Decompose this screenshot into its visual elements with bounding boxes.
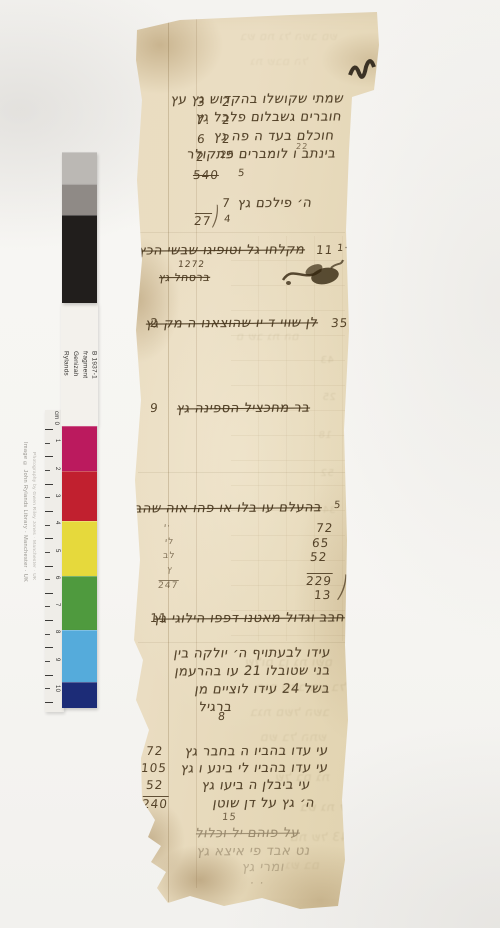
manuscript-numeral: 5: [237, 168, 246, 179]
shelfmark-text: Rylands Genizah fragment B 1937-1: [61, 351, 99, 379]
ruler-tick: [45, 661, 50, 662]
manuscript-line: מקלחו גל וטופיגו שבשי הכץ: [138, 242, 306, 258]
ruler-number: 6: [54, 576, 60, 580]
manuscript-line: חוכלם בעד ה פה גץ: [213, 129, 336, 145]
bleedthrough-text: 18: [317, 430, 332, 441]
manuscript-numeral: 2: [149, 316, 159, 330]
ruler-tick: [45, 606, 50, 607]
ruler-tick: [45, 702, 53, 703]
ruler-tick: [45, 511, 53, 512]
manuscript-numeral: 7: [221, 196, 231, 210]
ruler-tick: [45, 688, 50, 689]
color-patch-red: [62, 471, 97, 521]
bleedthrough-text: 34: [321, 505, 336, 516]
ruler-number: 1: [54, 439, 60, 443]
ruler-number: 4: [54, 521, 60, 525]
color-patch-magenta: [62, 426, 97, 471]
crease-line: [138, 642, 345, 643]
manuscript-numeral: 1·: [336, 243, 349, 254]
color-patch-light-gray: [62, 152, 97, 184]
manuscript-numeral: 9: [149, 401, 159, 415]
manuscript-numeral: 11: [315, 243, 334, 257]
bleedthrough-text: הגת שלב םש בלו: [254, 680, 351, 694]
bleedthrough-text: בגת םשל השב: [249, 705, 330, 719]
manuscript-numeral: 27: [193, 214, 212, 228]
copyright-credit: Image © John Rylands Library · Mancheste…: [22, 442, 28, 582]
manuscript-numeral: 72: [315, 521, 334, 535]
shelfmark-label: Rylands Genizah fragment B 1937-1: [61, 303, 98, 426]
ink-blot: [281, 254, 345, 298]
photography-credit: Photography by Gwen Riley Jones · Manche…: [31, 452, 36, 581]
bleedthrough-text: 43: [319, 355, 334, 366]
ruler-tick: [45, 456, 53, 457]
bleedthrough-text: בש םת גל השב םש: [239, 30, 338, 43]
manuscript-line: בהעלם עו בלו או פהו אוה שהבטה גלך: [90, 500, 323, 517]
ruler-tick: [45, 525, 50, 526]
manuscript-numeral: 22: [296, 142, 309, 151]
manuscript-line: בר מחכציל הספינה גץ: [176, 401, 311, 417]
manuscript-numeral: 240: [141, 797, 168, 811]
manuscript-numeral: 4: [135, 775, 143, 785]
ruler-tick: [45, 538, 53, 539]
manuscript-numeral: 2: [221, 113, 231, 127]
bleedthrough-text: םש בל התש: [259, 730, 328, 744]
manuscript-numeral: י·: [163, 522, 171, 532]
manuscript-line: ה׳ פילכם גץ: [237, 196, 313, 212]
manuscript-numeral: 229: [305, 574, 332, 588]
manuscript-numeral: 247: [157, 581, 178, 591]
manuscript-numeral: 52: [309, 550, 328, 564]
ruler-number: 8: [54, 630, 60, 634]
ruler-tick: [45, 429, 53, 430]
ruler-tick: [45, 620, 53, 621]
manuscript-numeral: 6: [196, 132, 206, 146]
crease-line: [138, 232, 345, 233]
ruler-number: 9: [54, 658, 60, 662]
ruler-tick: [45, 647, 53, 648]
color-patch-mid-gray: [62, 184, 97, 215]
manuscript-numeral: 1272: [177, 260, 205, 270]
ruler-tick: [45, 675, 53, 676]
ruler-tick: [45, 579, 50, 580]
bleedthrough-text: ם שב גת הם: [235, 330, 300, 343]
ruler-tick: [45, 566, 53, 567]
manuscript-numeral: לי: [164, 537, 174, 547]
ruler-tick: [45, 552, 50, 553]
manuscript-numeral: 65: [311, 536, 330, 550]
ruler-tick: [45, 593, 53, 594]
manuscript-numeral: 4: [223, 214, 232, 225]
ruled-line: [168, 18, 169, 902]
color-patch-navy: [62, 682, 97, 708]
manuscript-numeral: ): [210, 202, 222, 233]
pen-scribble: [348, 57, 378, 83]
manuscript-numeral: 105: [140, 761, 167, 775]
color-patch-yellow: [62, 521, 97, 576]
manuscript-numeral: ץ: [166, 565, 173, 575]
manuscript-numeral: 72: [145, 744, 164, 758]
manuscript-line: על פוהם יל וכלול: [195, 826, 301, 842]
ruler-number: 5: [54, 549, 60, 553]
manuscript-numeral: 11: [149, 611, 168, 625]
manuscript-numeral: 2: [195, 150, 205, 164]
ruler-number: 3: [54, 494, 60, 498]
ruler-number: 7: [54, 603, 60, 607]
manuscript-line: ברסחל גץ: [158, 271, 211, 284]
ruler-tick: [45, 634, 50, 635]
bleedthrough-text: 52: [319, 468, 334, 479]
bleedthrough-text: גש בם: [284, 858, 321, 872]
color-patch-cyan: [62, 630, 97, 682]
manuscript-numeral: 15: [221, 812, 237, 823]
color-patch-black: [62, 215, 97, 303]
manuscript-numeral: 25: [219, 150, 235, 161]
ruler-number: 2: [54, 467, 60, 471]
photo-backdrop: שמתי שקושלו בהקדוש גץ עץחוברים גשבלום פל…: [0, 0, 500, 928]
manuscript-numeral: 13: [313, 588, 332, 602]
manuscript-line: בינתב ו לומברים פתקולר: [186, 146, 337, 162]
manuscript-numeral: 2: [221, 132, 231, 146]
manuscript-line: חבב וגדול מאטנו דפפו הילוגי גץ: [153, 610, 346, 626]
bleedthrough-text: של בם גת: [274, 770, 331, 784]
bleedthrough-text: גת שבם הל: [249, 55, 309, 68]
ruler-tick: [45, 497, 50, 498]
manuscript-numeral: · ·: [249, 876, 265, 890]
ruler-unit-label: cm 0: [53, 411, 59, 425]
manuscript-numeral: 8: [217, 710, 226, 723]
manuscript-numeral: 52: [145, 778, 164, 792]
color-patch-green: [62, 576, 97, 630]
bleedthrough-text: םת של 43: [289, 830, 349, 844]
bleedthrough-text: 25: [321, 392, 336, 403]
manuscript-line: ומרי גץ: [241, 860, 286, 875]
ruler-tick: [45, 470, 50, 471]
manuscript-line: חוברים גשבלום פלבל גץ: [195, 109, 343, 125]
manuscript-numeral: לב: [162, 551, 175, 561]
ruler-tick: [45, 484, 53, 485]
ruler-number: 10: [54, 685, 60, 692]
manuscript-numeral: 2: [131, 793, 140, 804]
manuscript-numeral: 3: [196, 95, 206, 109]
manuscript-numeral: 540: [192, 168, 219, 182]
manuscript-numeral: 35: [330, 316, 349, 330]
ruler-tick: [45, 443, 50, 444]
manuscript-numeral: 2: [221, 95, 231, 109]
bleedthrough-text: בש גת לם 25: [299, 800, 376, 814]
manuscript-line: עי עדו בהביו ה בחבר גץ: [184, 744, 330, 760]
bleedthrough-text: שלום בן גת ושם: [244, 655, 334, 669]
manuscript-numeral: 7.: [196, 113, 211, 127]
manuscript-line: ברגיל: [198, 700, 233, 715]
